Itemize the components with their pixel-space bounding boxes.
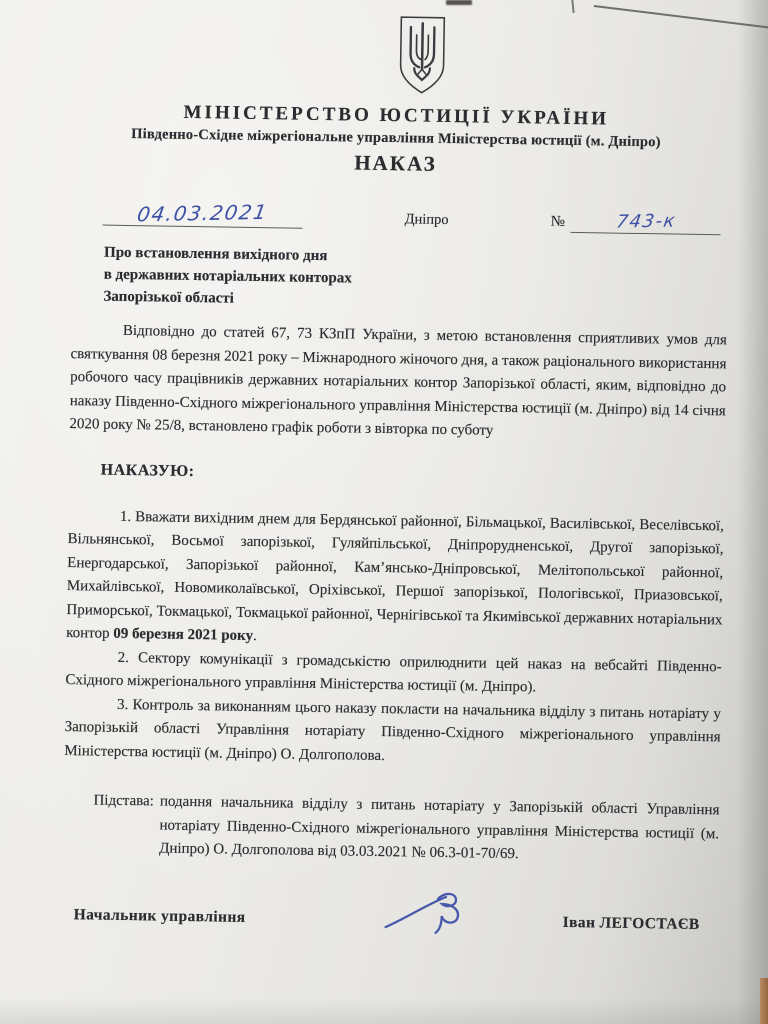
- handwritten-signature: [381, 889, 474, 943]
- order-document: МІНІСТЕРСТВО ЮСТИЦІЇ УКРАЇНИ Південно-Сх…: [0, 0, 768, 1024]
- handwritten-number: 743-к: [614, 211, 677, 233]
- basis-label: Підстава:: [93, 789, 161, 861]
- ukraine-trident-emblem: [331, 13, 464, 102]
- number-field: № 743-к: [550, 210, 720, 236]
- signature-row: Начальник управління Іван ЛЕГОСТАЄВ: [74, 906, 706, 934]
- basis-block: Підстава: подання начальника відділу з п…: [93, 789, 720, 869]
- signer-name: Іван ЛЕГОСТАЄВ: [563, 913, 700, 933]
- order-item-1-bold-date: 09 березня 2021 року: [113, 626, 253, 644]
- order-heading: НАКАЗУЮ:: [101, 461, 768, 490]
- number-underline: 743-к: [571, 210, 721, 235]
- date-field: 04.03.2021: [103, 200, 303, 229]
- scanned-document-photo: МІНІСТЕРСТВО ЮСТИЦІЇ УКРАЇНИ Південно-Сх…: [0, 0, 768, 1024]
- order-item-1: 1. Вважати вихідним днем для Бердянської…: [66, 505, 724, 656]
- order-item-3: 3. Контроль за виконанням цього наказу п…: [64, 693, 721, 774]
- meta-row: 04.03.2021 Дніпро № 743-к: [103, 192, 721, 236]
- order-item-1-text: 1. Вважати вихідним днем для Бердянської…: [66, 508, 724, 641]
- table-surface-sliver: [760, 978, 768, 1024]
- signer-position: Начальник управління: [74, 906, 246, 927]
- subject-block: Про встановлення вихідного дня в державн…: [103, 242, 524, 315]
- handwritten-date: 04.03.2021: [136, 200, 270, 226]
- number-sign: №: [550, 214, 571, 233]
- order-item-1-period: .: [253, 628, 257, 644]
- basis-text: подання начальника відділу з питань нота…: [159, 791, 720, 870]
- preamble-paragraph: Відповідно до статей 67, 73 КЗпП України…: [69, 319, 727, 447]
- city-label: Дніпро: [303, 210, 551, 233]
